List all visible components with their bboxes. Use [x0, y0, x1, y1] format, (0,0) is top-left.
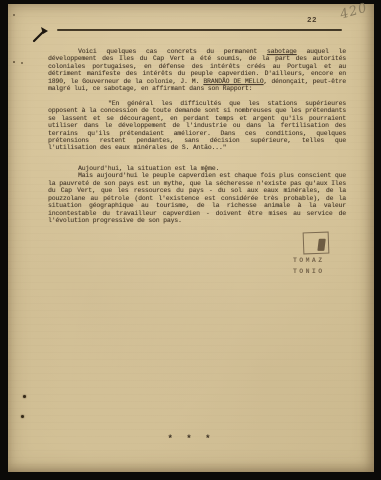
paper-speck	[205, 170, 207, 172]
pen-mark	[32, 26, 50, 44]
page-number: 22	[307, 17, 317, 25]
stamp-text-line1: TOMAZ	[293, 257, 329, 265]
paper-speck	[21, 62, 23, 64]
stamp-box	[303, 232, 330, 255]
punch-hole-top	[23, 395, 26, 398]
scan-background: 22 420 Voici quelques cas concrets du pe…	[0, 0, 381, 480]
handwritten-folio-number: 420	[338, 0, 369, 22]
paragraph-intro: Voici quelques cas concrets du permanent…	[48, 48, 346, 93]
header-rule	[57, 29, 342, 31]
paper-speck	[13, 61, 15, 63]
paragraph-conclusion: Mais aujourd'hui le peuple capverdien es…	[48, 172, 346, 224]
underlined-name-brandao-de-mello: BRANDÃO DE MELLO	[203, 78, 263, 85]
underlined-word-sabotage: sabotage	[267, 48, 297, 55]
punch-hole-bottom	[21, 415, 24, 418]
paper-speck	[13, 14, 15, 16]
stamp-text-line2: TONIO	[293, 268, 329, 276]
document-page: 22 420 Voici quelques cas concrets du pe…	[8, 4, 374, 472]
archive-stamp: TOMAZ TONIO	[293, 232, 329, 275]
section-separator: * * *	[8, 434, 374, 444]
paragraph-quote: "En général les difficultés que les stat…	[48, 100, 346, 152]
paragraph-intro-seg1: Voici quelques cas concrets du permanent	[78, 48, 267, 55]
stamp-emblem	[317, 239, 325, 251]
document-body: Voici quelques cas concrets du permanent…	[48, 48, 346, 225]
